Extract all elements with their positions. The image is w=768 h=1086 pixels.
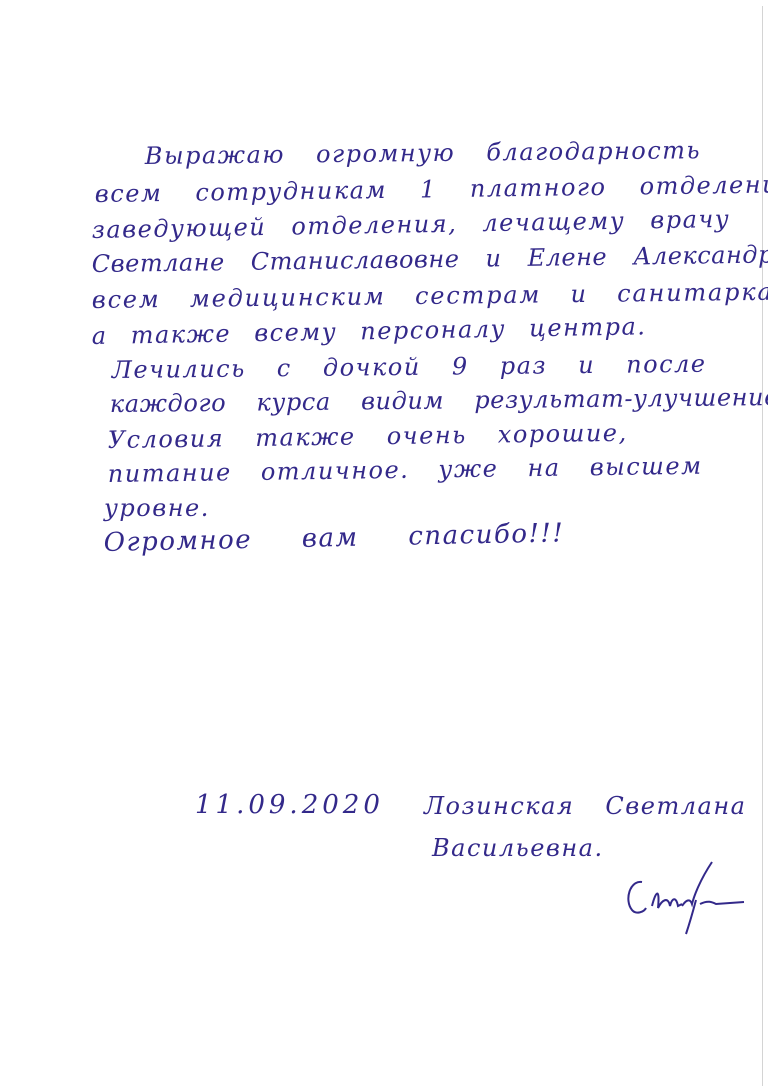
letter-line: Светлане Станиславовне и Елене Александр… [92,240,768,278]
author-name: Лозинская Светлана [424,792,746,820]
signature [620,860,750,945]
letter-line: всем сотрудникам 1 платного отделения : [95,170,768,208]
letter-line: каждого курса видим результат-улучшение [110,383,768,418]
letter-line: питание отличное. уже на высшем [108,452,703,488]
letter-line: Лечились с дочкой 9 раз и после [112,350,707,384]
letter-line: уровне. [104,494,210,522]
letter-line: Огромное вам спасибо!!! [103,518,564,558]
letter-line: Выражаю огромную благодарность [145,136,701,170]
letter-line: всем медицинским сестрам и санитаркам, [92,277,768,314]
letter-line: Условия также очень хорошие, [108,419,628,454]
signature-icon [620,860,750,940]
author-patronymic: Васильевна. [432,834,604,862]
letter-date: 11.09.2020 [195,790,384,820]
page-edge-line [762,6,763,1086]
letter-line: заведующей отделения, лечащему врачу [92,205,731,244]
letter-line: а также всему персоналу центра. [92,312,647,350]
